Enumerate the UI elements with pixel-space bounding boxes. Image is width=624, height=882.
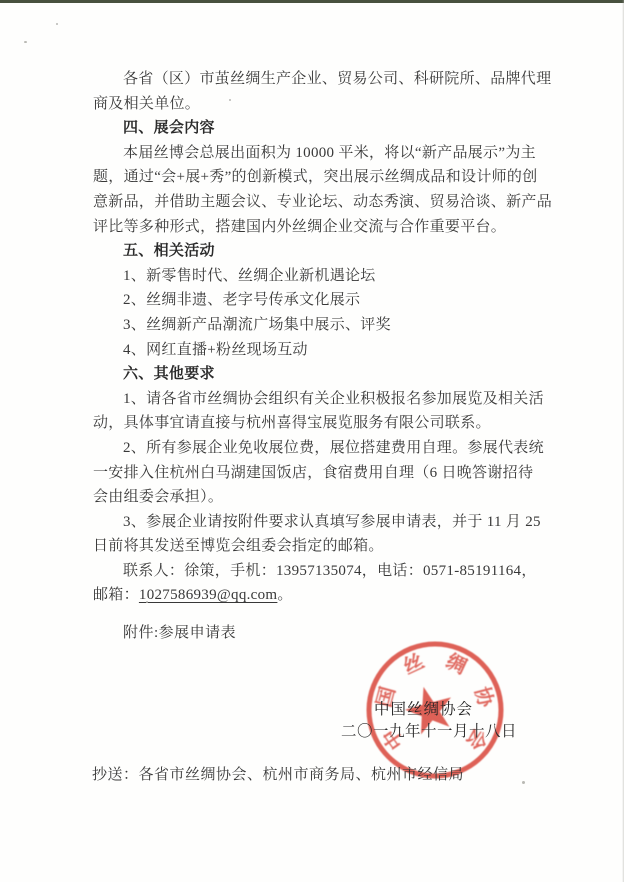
scan-speck [24,41,27,43]
section-heading: 六、其他要求 [93,362,553,387]
document-line: 1、新零售时代、丝绸企业新机遇论坛 [93,264,553,289]
scan-edge-artifact [0,0,624,3]
document-line: 联系人：徐策，手机：13957135074，电话：0571-85191164， [93,559,553,584]
seal-char: 协 [470,684,499,710]
document-line: 3、丝绸新产品潮流广场集中展示、评奖 [93,313,553,338]
scan-speck [229,99,231,101]
scan-speck [522,781,525,784]
email-address: 1027586939@qq.com [139,587,278,603]
text-run: 邮箱： [93,587,139,603]
scanned-document-page: 各省（区）市茧丝绸生产企业、贸易公司、科研院所、品牌代理商及相关单位。四、展会内… [0,0,624,882]
document-line: 意新品，并借助主题会议、专业论坛、动态秀演、贸易洽谈、新产品 [93,190,553,215]
document-line: 动，具体事宜请直接与杭州喜得宝展览服务有限公司联系。 [93,411,553,436]
document-line: 日前将其发送至博览会组委会指定的邮箱。 [93,534,553,559]
section-heading: 四、展会内容 [93,116,553,141]
document-line: 题，通过“会+展+秀”的创新模式，突出展示丝绸成品和设计师的创 [93,165,553,190]
cc-recipients-line: 抄送：各省市丝绸协会、杭州市商务局、杭州市经信局 [92,763,464,784]
document-line: 2、所有参展企业免收展位费，展位搭建费用自理。参展代表统 [93,436,553,461]
document-line: 各省（区）市茧丝绸生产企业、贸易公司、科研院所、品牌代理 [93,67,553,92]
section-heading: 五、相关活动 [93,239,553,264]
document-body: 各省（区）市茧丝绸生产企业、贸易公司、科研院所、品牌代理商及相关单位。四、展会内… [93,67,553,608]
document-line: 邮箱：1027586939@qq.com。 [93,583,553,608]
document-line: 2、丝绸非遗、老字号传承文化展示 [93,288,553,313]
signature-date: 二〇一九年十一月十八日 [341,719,517,741]
signature-organization: 中国丝绸协会 [374,697,473,719]
document-line: 一安排入住杭州白马湖建国饭店，食宿费用自理（6 日晚答谢招待 [93,461,553,486]
document-line: 本届丝博会总展出面积为 10000 平米，将以“新产品展示”为主 [93,141,553,166]
attachment-note: 附件:参展申请表 [123,621,236,642]
text-run: 。 [277,587,292,603]
document-line: 评比等多种形式，搭建国内外丝绸企业交流与合作重要平台。 [93,215,553,240]
document-line: 1、请各省市丝绸协会组织有关企业积极报名参加展览及相关活 [93,387,553,412]
scan-speck [56,23,58,25]
document-line: 3、参展企业请按附件要求认真填写参展申请表，并于 11 月 25 [93,510,553,535]
scan-speck [146,601,148,603]
document-line: 商及相关单位。 [93,92,553,117]
document-line: 会由组委会承担）。 [93,485,553,510]
document-line: 4、网红直播+粉丝现场互动 [93,338,553,363]
